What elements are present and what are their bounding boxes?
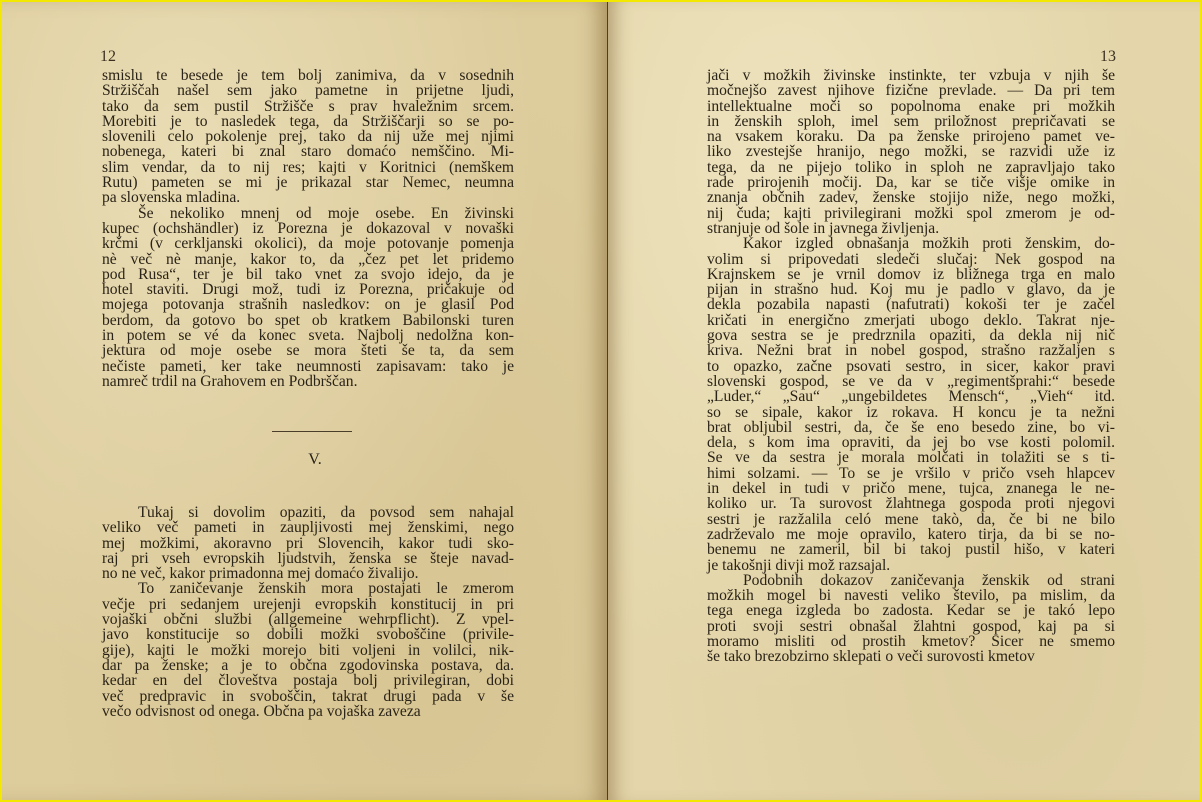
text-line: več predpravic in svoboščin, takrat drug… (102, 689, 514, 704)
text-line: volim si pripovedati sledeči slučaj: Nek… (707, 252, 1115, 267)
text-line: tako da sem pustil Stržišče s prav hvale… (102, 99, 514, 114)
left-page-text-block-2: Tukaj si dovolim opaziti, da povsod sem … (102, 505, 514, 719)
text-line: slim vendar, da to nij res; kajti v Kori… (102, 160, 514, 175)
text-line: Morebiti je to nasledek tega, da Stržišč… (102, 114, 514, 129)
text-line: dar pa ženske; a je to občna zgodovinska… (102, 658, 514, 673)
text-line: večo odvisnost od onega. Občna pa vojašk… (102, 704, 514, 719)
text-line: Krajnskem se je vrnil domov iz bližnega … (707, 267, 1115, 282)
text-line: stranjuje od šole in javnega življenja. (707, 221, 1115, 236)
text-line: „Luder,“ „Sau“ „ungebildetes Mensch“, „V… (707, 389, 1115, 404)
book-spread: 12 smislu te besede je tem bolj zanimiva… (2, 2, 1200, 800)
text-line: kedar en del človeštva postaja bolj priv… (102, 673, 514, 688)
left-page-text-block-1: smislu te besede je tem bolj zanimiva, d… (102, 68, 514, 389)
text-line: rade prirojenih močij. Da, kar se tiče v… (707, 175, 1115, 190)
text-line: pa slovenska mladina. (102, 190, 514, 205)
text-line: Tukaj si dovolim opaziti, da povsod sem … (102, 505, 514, 520)
text-line: Kakor izgled obnašanja možkih proti žens… (707, 236, 1115, 251)
text-line: gije), kajti le možki morejo biti voljen… (102, 643, 514, 658)
left-page: 12 smislu te besede je tem bolj zanimiva… (2, 2, 608, 800)
text-line: pod Rusa“, ter je bil tako vnet za svojo… (102, 267, 514, 282)
text-line: in potem se vé da konec sveta. Najbolj n… (102, 328, 514, 343)
text-line: vojaški občni službi (allgemeine wehrpfl… (102, 612, 514, 627)
text-line: nobenega, kateri bi znal staro domaćo ne… (102, 144, 514, 159)
right-page: 13 jači v možkih živinske instinkte, ter… (608, 2, 1200, 800)
text-line: še tako brezobzirno sklepati o veči suro… (707, 649, 1115, 664)
text-line: jektura od moje osebe se mora šteti še t… (102, 343, 514, 358)
text-line: Se ve da sestra je morala molčati in tol… (707, 450, 1115, 465)
text-line: brat obljubil sestri, da, če še eno bese… (707, 420, 1115, 435)
text-line: To zaničevanje ženskih mora postajati le… (102, 581, 514, 596)
text-line: liko zvestejše hranijo, nego možki, se r… (707, 144, 1115, 159)
text-line: raj pri vseh evropskih ljudstvih, ženska… (102, 551, 514, 566)
text-line: javo konstitucije so dobili možki svoboš… (102, 627, 514, 642)
text-line: himi solzami. — To se je vršilo v pričo … (707, 466, 1115, 481)
text-line: veliko več pameti in zaupljivosti mej že… (102, 520, 514, 535)
text-line: slovenili celo pokolenje prej, tako da n… (102, 129, 514, 144)
text-line: to opazko, začne psovati sestro, in sice… (707, 359, 1115, 374)
text-line: Podobnih dokazov zaničevanja ženskik od … (707, 573, 1115, 588)
text-line: znanja občnih zadev, ženske stojijo niže… (707, 190, 1115, 205)
text-line: no ne več, kakor primadonna mej domaćo ž… (102, 566, 514, 581)
text-line: Še nekoliko mnenj od moje osebe. En živi… (102, 206, 514, 221)
right-page-text-block: jači v možkih živinske instinkte, ter vz… (707, 68, 1115, 665)
text-line: kupec (ochshändler) iz Porezna je dokazo… (102, 221, 514, 236)
text-line: krčmi (v cerkljanski okolici), da moje p… (102, 236, 514, 251)
text-line: nè več nè manje, kakor to, da „čez pet l… (102, 252, 514, 267)
text-line: hotel staviti. Drugi mož, tudi iz Porezn… (102, 282, 514, 297)
section-divider-rule (272, 431, 352, 432)
text-line: benemu ne zameril, bil bi takoj pustil h… (707, 542, 1115, 557)
text-line: tega, da ne pijejo toliko in sploh ne za… (707, 160, 1115, 175)
text-line: mej možkimi, akoravno pri Slovencih, kak… (102, 536, 514, 551)
text-line: namreč trdil na Grahovem en Podbrščan. (102, 374, 514, 389)
text-line: pijan in strašno hud. Koj mu je padlo v … (707, 282, 1115, 297)
text-line: močnejšo zavest njihove fizične prevlade… (707, 83, 1115, 98)
text-line: Rutu) pameten se mi je prikazal star Nem… (102, 175, 514, 190)
text-line: koliko ur. Ta surovost žlahtnega gospoda… (707, 496, 1115, 511)
text-line: mojega potovanja strašnih nasledkov: on … (102, 297, 514, 312)
text-line: kričati in energično zmerjati ubogo dekl… (707, 313, 1115, 328)
text-line: je takošnji divji mož razsajal. (707, 558, 1115, 573)
text-line: večje pri sedanjem urejenji evropskih ko… (102, 597, 514, 612)
text-line: slovenski gospod, se ve da v „regimentšp… (707, 374, 1115, 389)
text-line: nij čuda; kajti privilegirani možki spol… (707, 206, 1115, 221)
text-line: in ženskih sploh, imel sem priložnost pr… (707, 114, 1115, 129)
text-line: gova sestra se je predrznila opaziti, da… (707, 328, 1115, 343)
page-number-right: 13 (1100, 48, 1116, 66)
text-line: dela, s kom ima opraviti, da jej bo vse … (707, 435, 1115, 450)
text-line: sestri je razžalila celó mene takò, da, … (707, 512, 1115, 527)
text-line: zadrževalo me moje opravilo, katero tirj… (707, 527, 1115, 542)
text-line: možkih mogel bi navesti veliko število, … (707, 588, 1115, 603)
text-line: so se sipale, kakor iz rokava. H koncu j… (707, 405, 1115, 420)
text-line: tega enega izgleda bo zadosta. Kedar se … (707, 603, 1115, 618)
text-line: Stržiščah našel sem jako pametne in prij… (102, 83, 514, 98)
section-heading: V. (300, 451, 330, 469)
text-line: intellektualne moči so popolnoma enake p… (707, 99, 1115, 114)
text-line: kriva. Nežni brat in nobel gospod, straš… (707, 343, 1115, 358)
text-line: in dekel in tudi v pričo mene, tujca, zn… (707, 481, 1115, 496)
text-line: dekla pozabila napasti (nafutrati) kokoš… (707, 297, 1115, 312)
text-line: berdom, da gotovo bo spet ob kratkem Bab… (102, 313, 514, 328)
text-line: proti svoji sestri obnašal žlahtni gospo… (707, 619, 1115, 634)
text-line: moramo misliti od prostih kmetov? Sicer … (707, 634, 1115, 649)
text-line: na vsakem koraku. Da pa ženske prirojeno… (707, 129, 1115, 144)
text-line: jači v možkih živinske instinkte, ter vz… (707, 68, 1115, 83)
text-line: nečiste pameti, ker take neumnosti zapis… (102, 359, 514, 374)
page-number-left: 12 (100, 48, 116, 66)
text-line: smislu te besede je tem bolj zanimiva, d… (102, 68, 514, 83)
